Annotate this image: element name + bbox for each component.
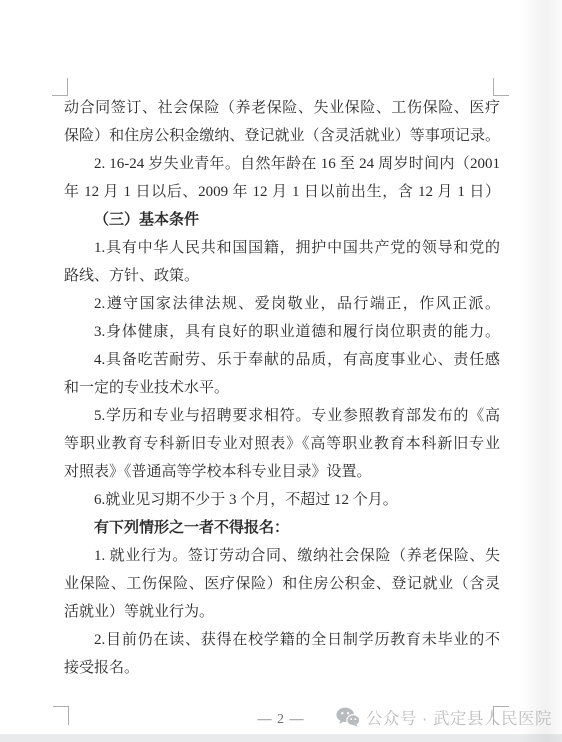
- document-line: 4.具备吃苦耐劳、乐于奉献的品质，有高度事业心、责任感: [64, 346, 500, 374]
- document-line: 1.具有中华人民共和国国籍，拥护中国共产党的领导和党的: [64, 234, 500, 262]
- document-body: 动合同签订、社会保险（养老保险、失业保险、工伤保险、医疗 保险）和住房公积金缴纳…: [64, 94, 500, 682]
- document-line: 路线、方针、政策。: [64, 262, 500, 290]
- document-line: 等职业教育专科新旧专业对照表》《高等职业教育本科新旧专业: [64, 430, 500, 458]
- document-line: 5.学历和专业与招聘要求相符。专业参照教育部发布的《高: [64, 402, 500, 430]
- document-line: 活就业）等就业行为。: [64, 598, 500, 626]
- watermark-label: 公众号 · 武定县人民医院: [366, 705, 552, 729]
- document-line: 2. 16-24 岁失业青年。自然年龄在 16 至 24 周岁时间内（2001: [64, 150, 500, 178]
- document-line: 年 12 月 1 日以后、2009 年 12 月 1 日以前出生，含 12 月 …: [64, 178, 500, 206]
- document-line: 保险）和住房公积金缴纳、登记就业（含灵活就业）等事项记录。: [64, 122, 500, 150]
- document-line: 6.就业见习期不少于 3 个月，不超过 12 个月。: [64, 486, 500, 514]
- document-line: 和一定的专业技术水平。: [64, 374, 500, 402]
- document-line: 业保险、工伤保险、医疗保险）和住房公积金、登记就业（含灵: [64, 570, 500, 598]
- bottom-strip: [0, 734, 562, 742]
- section-heading: 有下列情形之一者不得报名：: [64, 514, 500, 542]
- document-line: 动合同签订、社会保险（养老保险、失业保险、工伤保险、医疗: [64, 94, 500, 122]
- document-line: 1. 就业行为。签订劳动合同、缴纳社会保险（养老保险、失: [64, 542, 500, 570]
- document-line: 3.身体健康，具有良好的职业道德和履行岗位职责的能力。: [64, 318, 500, 346]
- watermark: 公众号 · 武定县人民医院: [336, 705, 552, 729]
- page-edge-shading: [520, 0, 562, 742]
- section-heading: （三）基本条件: [64, 206, 500, 234]
- document-line: 2.目前仍在读、获得在校学籍的全日制学历教育未毕业的不: [64, 626, 500, 654]
- document-line: 2.遵守国家法律法规、爱岗敬业，品行端正，作风正派。: [64, 290, 500, 318]
- wechat-icon: [336, 707, 360, 727]
- document-line: 接受报名。: [64, 654, 500, 682]
- document-line: 对照表》《普通高等学校本科专业目录》设置。: [64, 458, 500, 486]
